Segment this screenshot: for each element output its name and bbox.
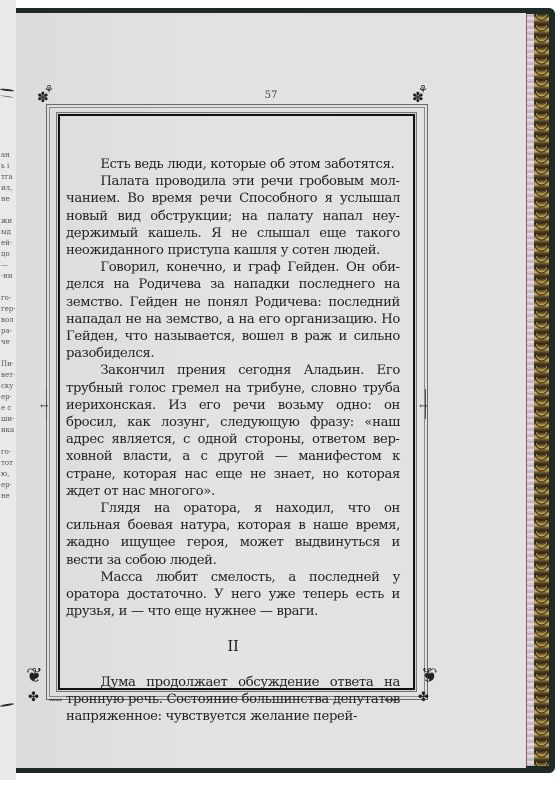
previous-page-edge: ань ітгаил,не жиыдей·цо—·ни го-гер·волра…	[0, 0, 16, 780]
flourish-icon: ⟿	[48, 695, 62, 706]
previous-page-line: ыд	[1, 227, 15, 238]
previous-page-line	[1, 205, 15, 216]
arrow-ornament-icon: ↔	[40, 389, 54, 419]
page-body-text: Есть ведь люди, которые об этом забо­тят…	[66, 156, 400, 725]
previous-page-line: ску	[1, 381, 15, 392]
previous-page-line: Пи·	[1, 359, 15, 370]
previous-page-line: ил,	[1, 183, 15, 194]
previous-page-line	[1, 348, 15, 359]
previous-page-line: ши·	[1, 414, 15, 425]
book-page: 57 ✽ ⚘ ✽ ⚘ ↔ ↔ ❦ ✤ ⟿ ❦ ✤ ⟿ Есть ведь люд…	[16, 13, 526, 768]
flourish-icon: ❦	[421, 668, 438, 682]
fleuron-icon: ⚘	[418, 83, 428, 97]
previous-page-line: вет·	[1, 370, 15, 381]
page-curl-line	[0, 703, 14, 707]
paragraph: Есть ведь люди, которые об этом забо­тят…	[66, 156, 400, 173]
previous-page-line: ра-	[1, 326, 15, 337]
previous-page-line: цо	[1, 249, 15, 260]
previous-page-text-fragments: ань ітгаил,не жиыдей·цо—·ни го-гер·волра…	[1, 150, 15, 502]
paragraph: Говорил, конечно, и граф Гейден. Он оби­…	[66, 259, 400, 362]
gilded-spine-border	[534, 14, 549, 766]
flourish-icon: ❦	[26, 668, 43, 682]
previous-page-line: ер·	[1, 480, 15, 491]
paragraph: Глядя на оратора, я находил, что он силь…	[66, 500, 400, 569]
arrow-ornament-icon: ↔	[419, 389, 433, 419]
previous-page-line: е с	[1, 403, 15, 414]
paragraph: Масса любит смелость, а последней у орат…	[66, 569, 400, 621]
previous-page-line	[1, 436, 15, 447]
previous-page-line: тга	[1, 172, 15, 183]
previous-page-line	[1, 282, 15, 293]
previous-page-line: тот	[1, 458, 15, 469]
page-curl-line	[0, 95, 14, 98]
previous-page-line: не	[1, 194, 15, 205]
previous-page-line: не	[1, 491, 15, 502]
paragraph: Закончил прения сегодня Аладьин. Его тру…	[66, 362, 400, 500]
previous-page-line: ·ни	[1, 271, 15, 282]
previous-page-line: жи	[1, 216, 15, 227]
previous-page-line: вол	[1, 315, 15, 326]
previous-page-line: ей·	[1, 238, 15, 249]
previous-page-line: ан	[1, 150, 15, 161]
previous-page-line: —	[1, 260, 15, 271]
flourish-icon: ✤	[28, 691, 39, 705]
fleuron-icon: ⚘	[44, 83, 54, 97]
previous-page-line: го·	[1, 447, 15, 458]
page-curl-line	[0, 88, 14, 91]
page-number: 57	[16, 90, 526, 101]
previous-page-line: ь і	[1, 161, 15, 172]
previous-page-line: ика	[1, 425, 15, 436]
previous-page-line: го-	[1, 293, 15, 304]
previous-page-line: че	[1, 337, 15, 348]
previous-page-line: ер·	[1, 392, 15, 403]
chapter-heading: II	[66, 638, 400, 655]
previous-page-line: гер·	[1, 304, 15, 315]
paragraph: Палата проводила эти речи гробовым мол­ч…	[66, 173, 400, 259]
paragraph: Дума продолжает обсуждение ответа на тро…	[66, 674, 400, 726]
flourish-icon: ✤	[418, 691, 429, 705]
previous-page-line: ю,	[1, 469, 15, 480]
